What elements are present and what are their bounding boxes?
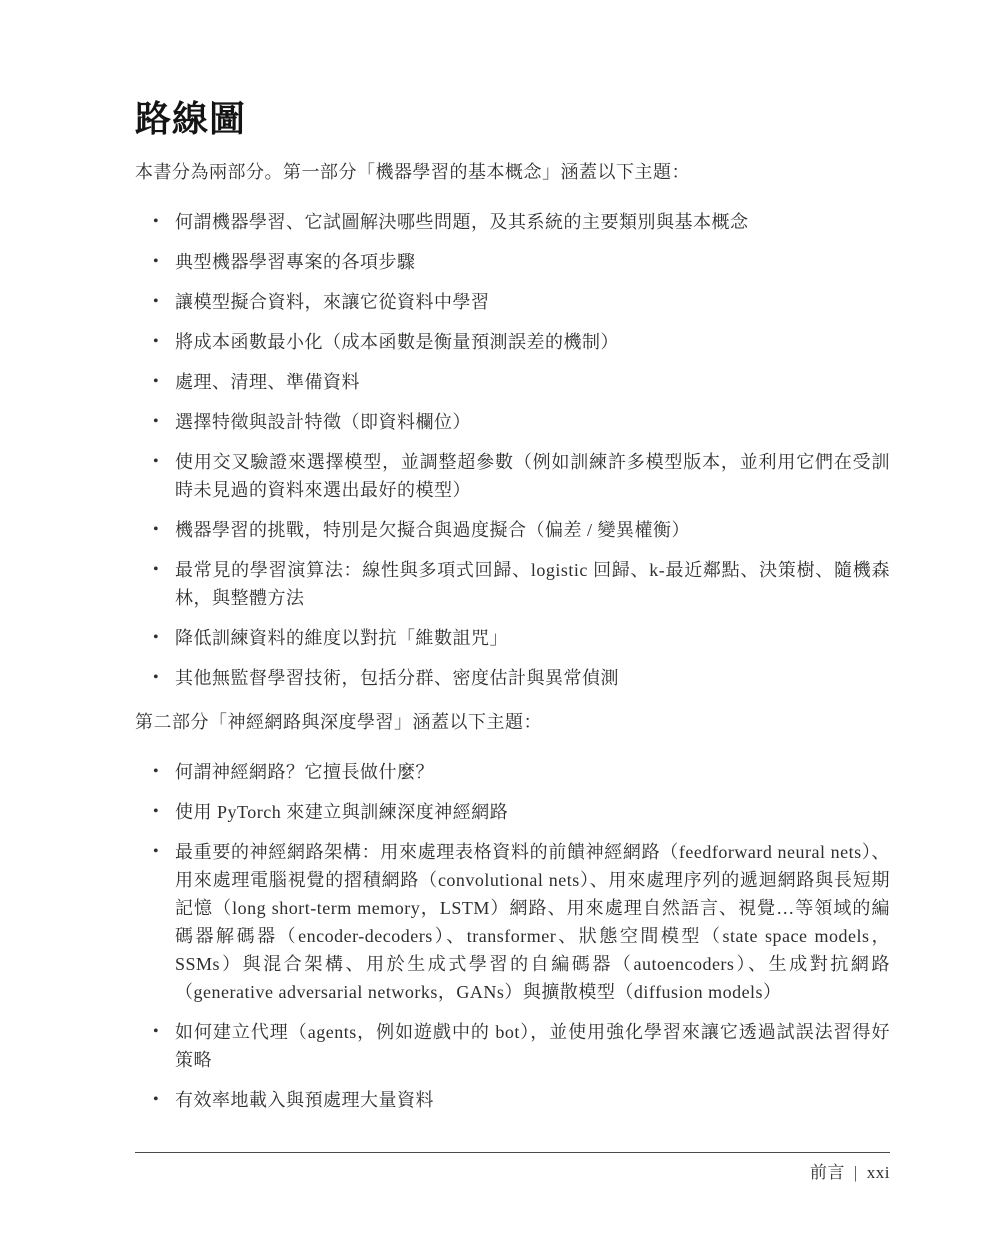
book-page: 路線圖 本書分為兩部分。第一部分「機器學習的基本概念」涵蓋以下主題： 何謂機器學… [0,0,1000,1242]
list-item: 何謂機器學習、它試圖解決哪些問題，及其系統的主要類別與基本概念 [135,208,890,236]
page-title: 路線圖 [135,98,890,142]
list-item: 選擇特徵與設計特徵（即資料欄位） [135,408,890,436]
part1-intro: 本書分為兩部分。第一部分「機器學習的基本概念」涵蓋以下主題： [135,158,890,186]
page-footer: 前言|xxi [135,1161,890,1185]
list-item: 如何建立代理（agents，例如遊戲中的 bot），並使用強化學習來讓它透過試誤… [135,1018,890,1074]
page-content: 路線圖 本書分為兩部分。第一部分「機器學習的基本概念」涵蓋以下主題： 何謂機器學… [135,0,890,1126]
list-item: 何謂神經網路？它擅長做什麼？ [135,758,890,786]
list-item: 讓模型擬合資料，來讓它從資料中學習 [135,288,890,316]
list-item: 將成本函數最小化（成本函數是衡量預測誤差的機制） [135,328,890,356]
list-item: 機器學習的挑戰，特別是欠擬合與過度擬合（偏差 / 變異權衡） [135,516,890,544]
list-item: 降低訓練資料的維度以對抗「維數詛咒」 [135,624,890,652]
list-item: 最重要的神經網路架構：用來處理表格資料的前饋神經網路（feedforward n… [135,838,890,1006]
footer-section-label: 前言 [810,1163,845,1182]
list-item: 使用 PyTorch 來建立與訓練深度神經網路 [135,798,890,826]
footer-page-number: xxi [867,1163,890,1182]
part1-topic-list: 何謂機器學習、它試圖解決哪些問題，及其系統的主要類別與基本概念 典型機器學習專案… [135,208,890,692]
list-item: 處理、清理、準備資料 [135,368,890,396]
list-item: 最常見的學習演算法：線性與多項式回歸、logistic 回歸、k-最近鄰點、決策… [135,556,890,612]
part2-intro: 第二部分「神經網路與深度學習」涵蓋以下主題： [135,708,890,736]
part2-topic-list: 何謂神經網路？它擅長做什麼？ 使用 PyTorch 來建立與訓練深度神經網路 最… [135,758,890,1114]
list-item: 有效率地載入與預處理大量資料 [135,1086,890,1114]
list-item: 典型機器學習專案的各項步驟 [135,248,890,276]
footer-separator: | [854,1161,858,1185]
list-item: 其他無監督學習技術，包括分群、密度估計與異常偵測 [135,664,890,692]
list-item: 使用交叉驗證來選擇模型，並調整超參數（例如訓練許多模型版本，並利用它們在受訓時未… [135,448,890,504]
footer-divider: 前言|xxi [135,1152,890,1185]
